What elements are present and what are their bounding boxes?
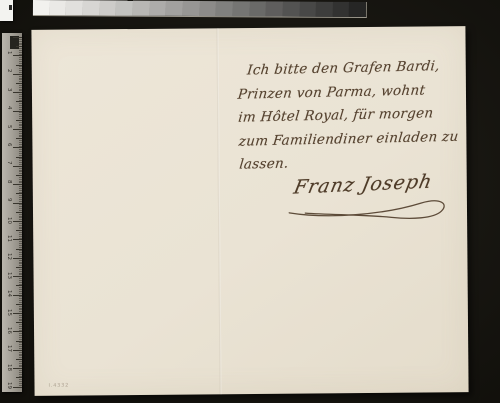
ruler-tick — [19, 379, 22, 380]
ruler-tick — [19, 131, 22, 132]
ruler-tick — [19, 158, 22, 159]
ruler-number: 1 — [6, 51, 12, 59]
ruler-number: 8 — [6, 180, 12, 188]
ruler-tick — [19, 342, 22, 343]
ruler-tick — [19, 140, 22, 141]
ruler-number: 18 — [6, 364, 12, 372]
grayscale-step — [266, 1, 283, 16]
ruler-number: 13 — [6, 272, 12, 280]
ruler-tick — [19, 232, 22, 233]
ruler-tick — [19, 48, 22, 49]
ruler-tick — [19, 153, 22, 154]
ruler-tick — [19, 355, 22, 356]
ruler-tick — [19, 112, 22, 113]
grayscale-step — [233, 1, 250, 16]
ruler: 12345678910111213141516171819 — [2, 33, 22, 392]
ruler-tick — [19, 383, 22, 384]
ruler-number: 14 — [6, 290, 12, 298]
ruler-tick — [19, 181, 22, 182]
ruler-tick — [19, 98, 22, 99]
ruler-tick — [19, 291, 22, 292]
ruler-tick — [19, 300, 22, 301]
grayscale-step — [249, 1, 266, 16]
ruler-number: 2 — [6, 69, 12, 77]
ruler-tick — [19, 94, 22, 95]
grayscale-step — [100, 0, 117, 15]
ruler-tick — [19, 315, 22, 316]
grayscale-step — [50, 0, 67, 15]
ruler-tick — [19, 190, 22, 191]
ruler-tick — [19, 273, 22, 274]
ruler-tick — [19, 61, 22, 62]
ruler-tick — [19, 282, 22, 283]
reference-card-mark — [9, 5, 12, 10]
ruler-tick — [19, 328, 22, 329]
ruler-tick — [19, 374, 22, 375]
ruler-number: 12 — [6, 253, 12, 261]
ruler-tick — [19, 333, 22, 334]
ruler-tick — [19, 254, 22, 255]
ruler-tick — [19, 168, 22, 169]
grayscale-step — [133, 1, 150, 16]
ruler-number: 6 — [6, 143, 12, 151]
grayscale-step — [166, 1, 183, 16]
ruler-tick — [19, 107, 22, 108]
ruler-tick — [19, 125, 22, 126]
ruler-tick — [19, 223, 22, 224]
ruler-tick — [19, 319, 22, 320]
ruler-tick — [19, 324, 22, 325]
ruler-tick — [19, 89, 22, 90]
grayscale-step — [299, 2, 316, 17]
grayscale-step — [316, 2, 333, 17]
ruler-tick — [19, 162, 22, 163]
ruler-tick — [19, 337, 22, 338]
ruler-tick — [19, 227, 22, 228]
grayscale-step — [66, 0, 83, 15]
grayscale-step — [283, 2, 300, 17]
signature-flourish-icon — [283, 189, 459, 231]
ruler-tick — [19, 361, 22, 362]
ruler-tick — [19, 199, 22, 200]
ruler-tick — [19, 245, 22, 246]
ruler-tick — [19, 346, 22, 347]
ruler-tick — [19, 177, 22, 178]
ruler-tick — [19, 57, 22, 58]
ruler-tick — [19, 66, 22, 67]
ruler-tick — [19, 208, 22, 209]
ruler-tick — [19, 85, 22, 86]
ruler-tick — [19, 278, 22, 279]
ruler-tick — [19, 79, 22, 80]
ruler-tick — [19, 236, 22, 237]
ruler-number: 7 — [6, 161, 12, 169]
ruler-tick — [19, 306, 22, 307]
ruler-tick — [19, 287, 22, 288]
ruler-tick — [19, 370, 22, 371]
ruler-tick — [19, 204, 22, 205]
letter-sheet: Ich bitte den Grafen Bardi,Prinzen von P… — [31, 26, 468, 396]
ruler-tick — [19, 43, 22, 44]
grayscale-step — [33, 0, 50, 15]
grayscale-step — [199, 1, 216, 16]
ruler-tick — [19, 309, 22, 310]
shelfmark: I.4332 — [48, 383, 69, 389]
ruler-number: 16 — [6, 327, 12, 335]
ruler-tick — [19, 70, 22, 71]
paper-fold-crease — [216, 28, 221, 394]
grayscale-step — [183, 1, 200, 16]
grayscale-strip — [33, 0, 367, 18]
ruler-tick — [19, 52, 22, 53]
ruler-number: 9 — [6, 198, 12, 206]
scan-stage: 12345678910111213141516171819 Ich bitte … — [0, 0, 500, 403]
grayscale-step — [116, 1, 133, 16]
ruler-number: 4 — [6, 106, 12, 114]
ruler-tick — [19, 241, 22, 242]
ruler-tick — [19, 135, 22, 136]
ruler-tick — [19, 103, 22, 104]
ruler-tick — [19, 171, 22, 172]
white-reference-card — [0, 0, 13, 21]
ruler-tick — [19, 149, 22, 150]
ruler-tick — [19, 76, 22, 77]
ruler-tick — [19, 144, 22, 145]
letter-text: Ich bitte den Grafen Bardi,Prinzen von P… — [237, 55, 468, 178]
ruler-tick — [19, 250, 22, 251]
ruler-number: 10 — [6, 217, 12, 225]
ruler-tick — [19, 263, 22, 264]
grayscale-step — [349, 2, 366, 17]
grayscale-step — [216, 1, 233, 16]
ruler-tick — [19, 195, 22, 196]
grayscale-step — [333, 2, 350, 17]
ruler-tick — [19, 186, 22, 187]
ruler-tick — [19, 39, 22, 40]
ruler-tick — [13, 387, 22, 388]
ruler-tick — [19, 122, 22, 123]
ruler-number: 3 — [6, 88, 12, 96]
ruler-tick — [19, 296, 22, 297]
ruler-number: 15 — [6, 309, 12, 317]
ruler-number: 19 — [6, 382, 12, 390]
ruler-tick — [19, 365, 22, 366]
ruler-tick — [19, 269, 22, 270]
ruler-number: 5 — [6, 125, 12, 133]
ruler-tick — [19, 217, 22, 218]
ruler-tick — [19, 260, 22, 261]
ruler-tick — [19, 352, 22, 353]
ruler-number: 11 — [6, 235, 12, 243]
grayscale-step — [83, 0, 100, 15]
ruler-tick — [19, 116, 22, 117]
ruler-number: 17 — [6, 345, 12, 353]
signature-block: Franz Joseph — [294, 169, 467, 238]
ruler-tick — [19, 214, 22, 215]
grayscale-step — [149, 1, 166, 16]
